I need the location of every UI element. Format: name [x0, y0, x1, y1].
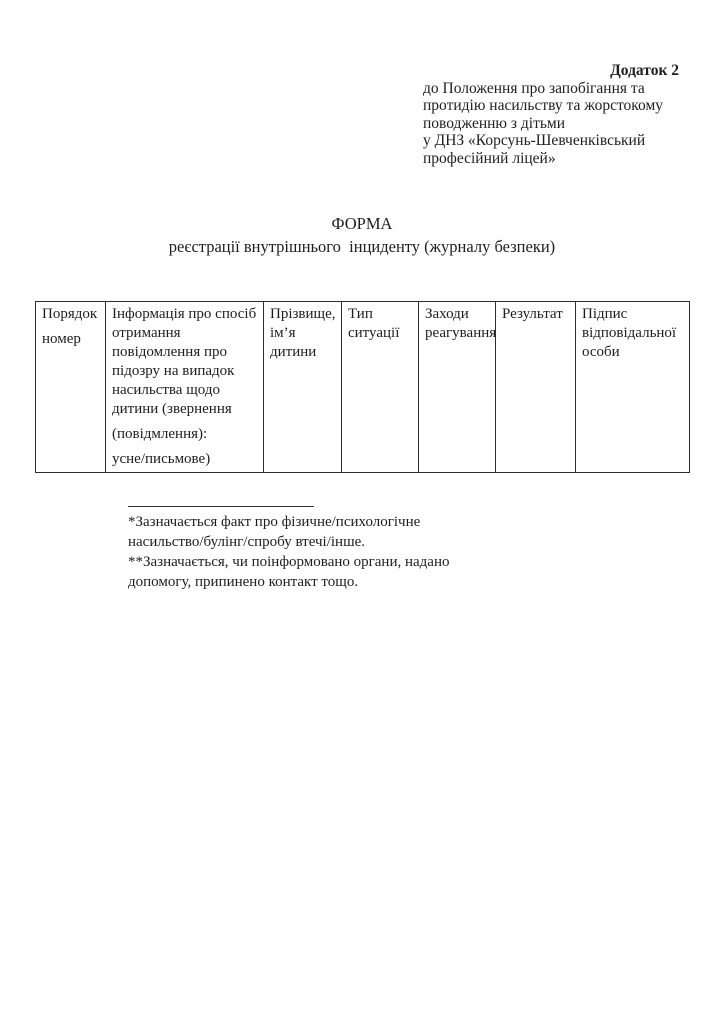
header-cell-result: Результат	[496, 302, 576, 473]
form-subtitle: реєстрації внутрішнього інциденту (журна…	[35, 235, 689, 258]
cell-paragraph: Прізвище, ім’я дитини	[270, 305, 337, 362]
header-cell-child-name: Прізвище, ім’я дитини	[264, 302, 342, 473]
header-cell-report-info: Інформація про спосіб отримання повідомл…	[106, 302, 264, 473]
form-title: ФОРМА	[35, 212, 689, 235]
cell-paragraph: (повідмлення):	[112, 425, 259, 444]
form-title-block: ФОРМА реєстрації внутрішнього інциденту …	[35, 212, 689, 258]
appendix-address: до Положення про запобігання та протидію…	[423, 80, 679, 168]
cell-paragraph: Інформація про спосіб отримання повідомл…	[112, 305, 259, 419]
footnote-separator-line	[128, 506, 314, 507]
cell-paragraph: Порядок	[42, 305, 101, 324]
appendix-label: Додаток 2	[423, 62, 679, 80]
cell-paragraph: Тип ситуації	[348, 305, 414, 343]
footnotes-text: *Зазначається факт про фізичне/психологі…	[128, 512, 450, 592]
cell-paragraph: номер	[42, 330, 101, 349]
cell-paragraph: усне/письмове)	[112, 450, 259, 469]
document-page: Додаток 2 до Положення про запобігання т…	[0, 0, 724, 1024]
header-cell-serial-number: Порядокномер	[36, 302, 106, 473]
header-cell-response-measures: Заходи реагування	[419, 302, 496, 473]
incident-register-table: Порядокномер Інформація про спосіб отрим…	[35, 301, 690, 473]
cell-paragraph: Підпис відповідальної особи	[582, 305, 685, 362]
table-header-row: Порядокномер Інформація про спосіб отрим…	[36, 302, 690, 473]
header-cell-signature: Підпис відповідальної особи	[576, 302, 690, 473]
appendix-block: Додаток 2 до Положення про запобігання т…	[423, 62, 679, 168]
cell-paragraph: Результат	[502, 305, 571, 324]
cell-paragraph: Заходи реагування	[425, 305, 491, 343]
header-cell-situation-type: Тип ситуації	[342, 302, 419, 473]
